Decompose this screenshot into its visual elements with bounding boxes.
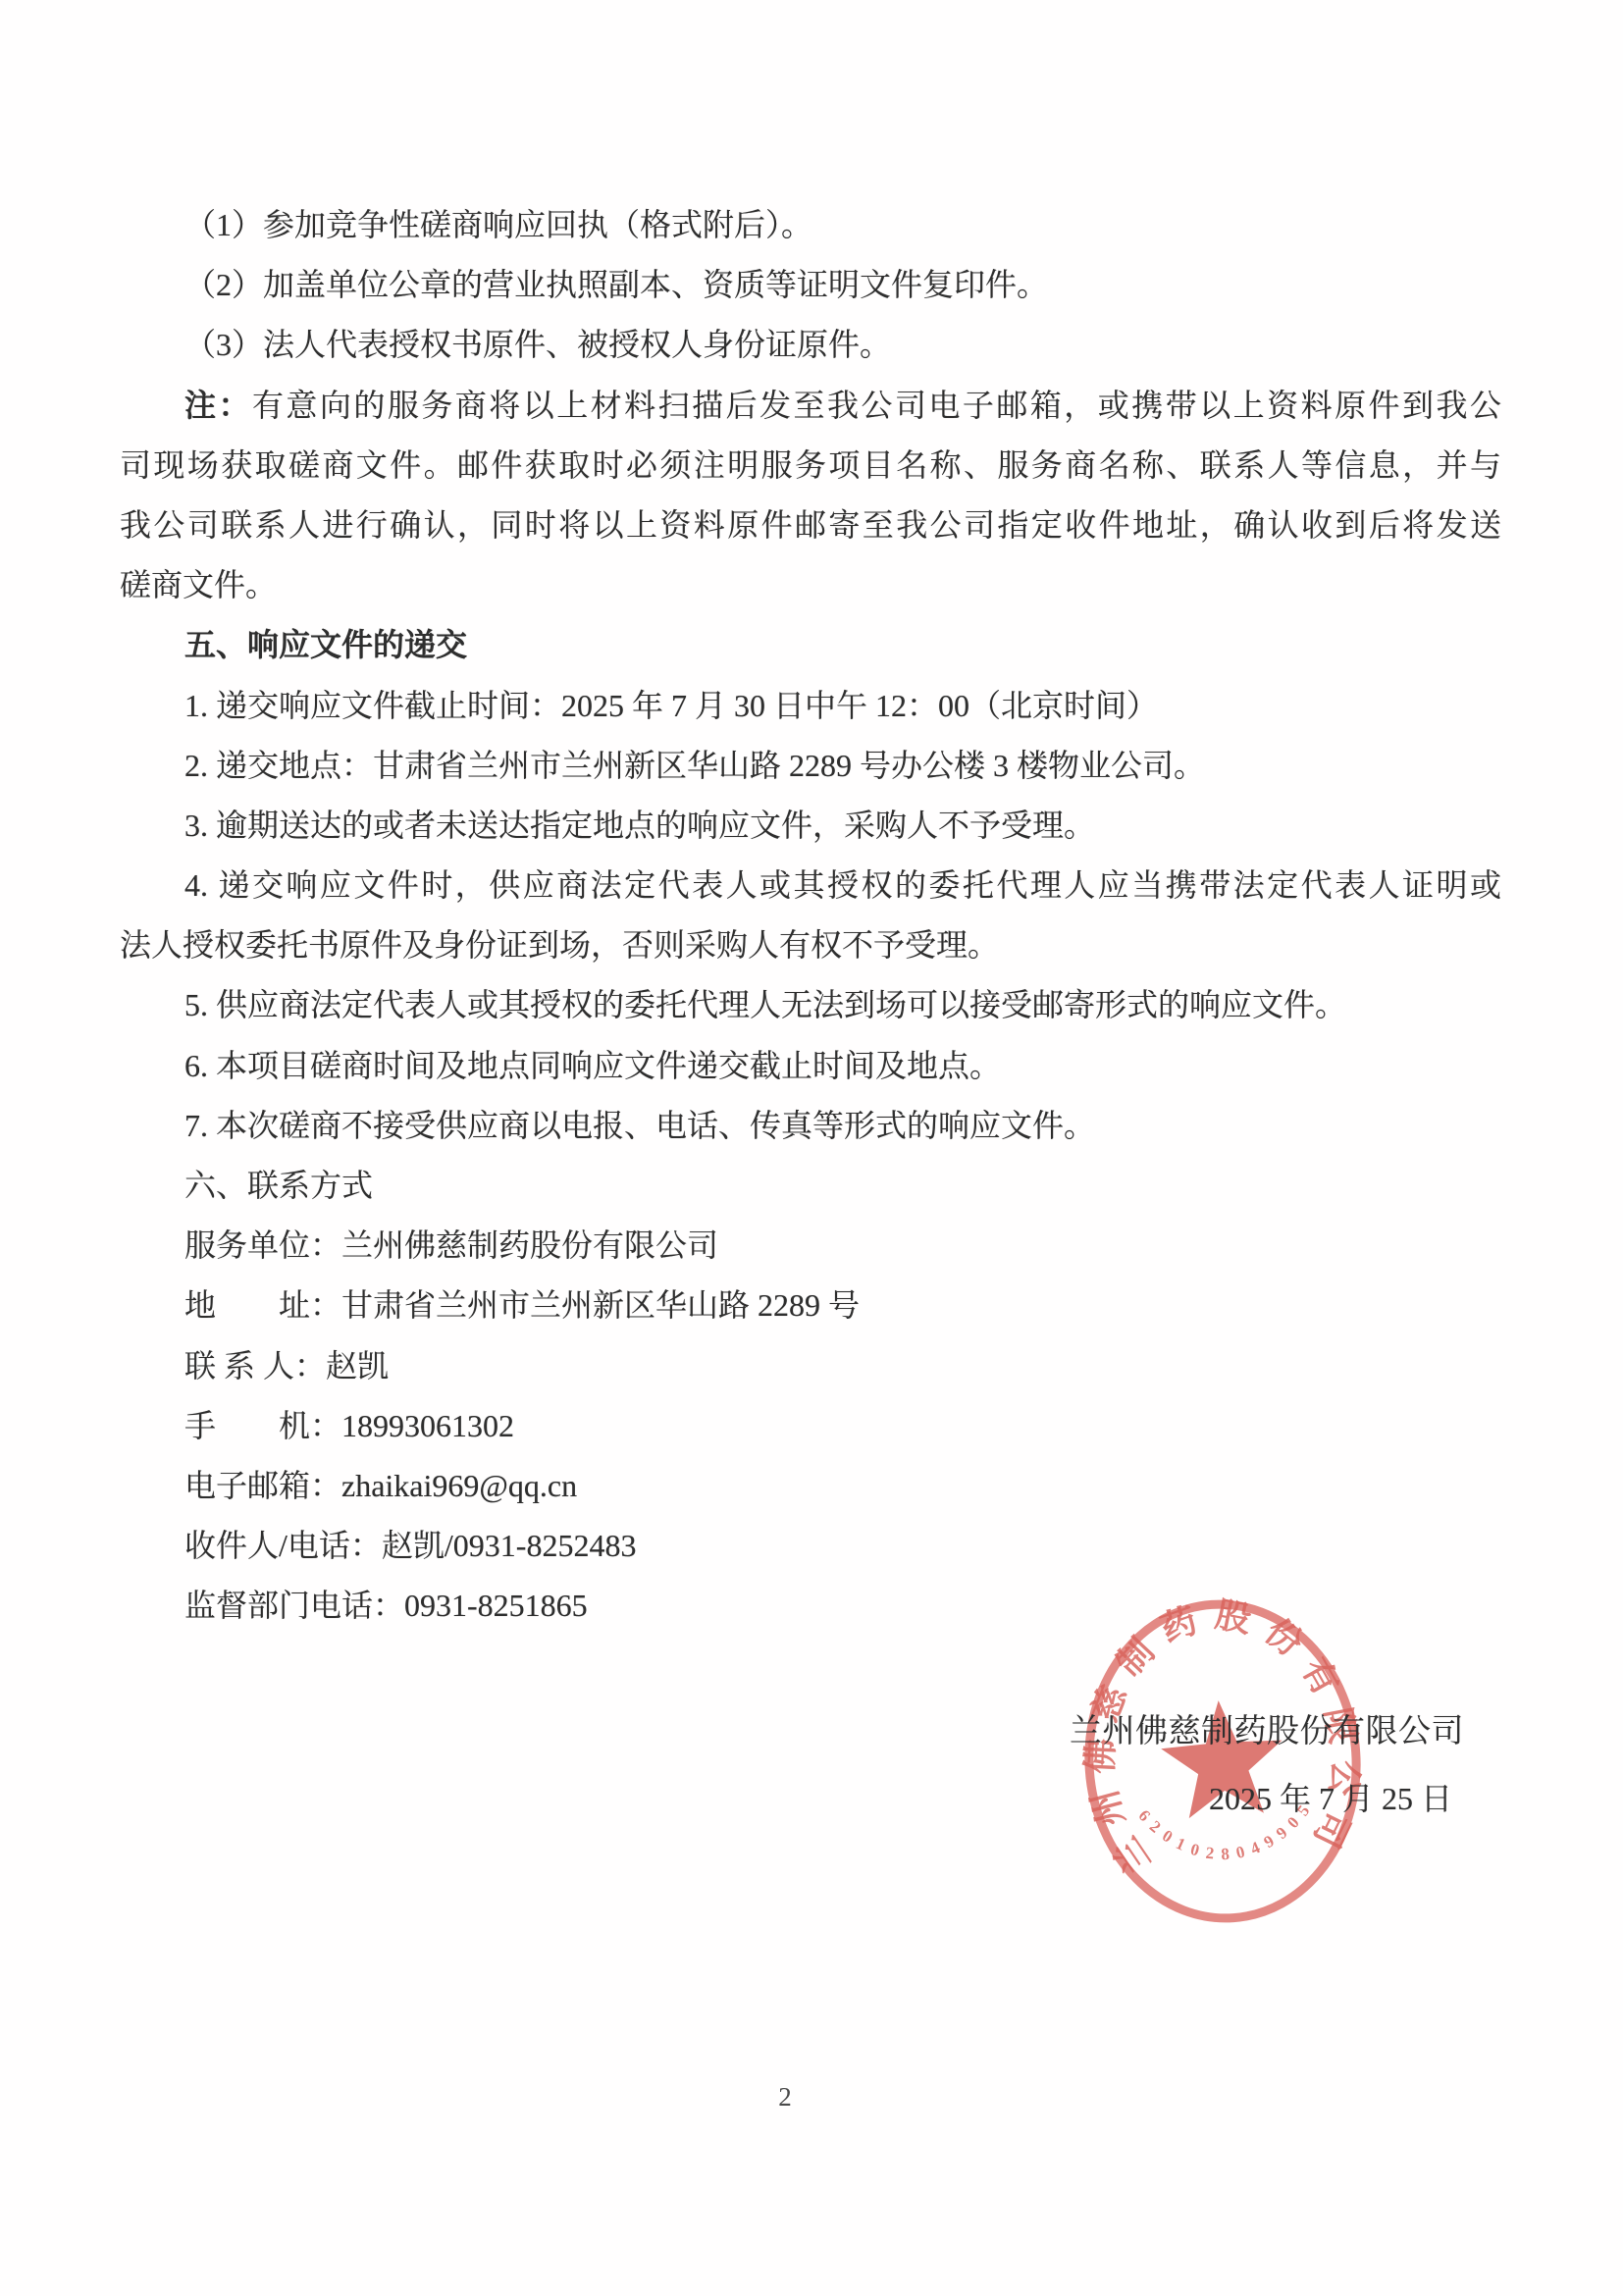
document-line: 7. 本次磋商不接受供应商以电报、电话、传真等形式的响应文件。 bbox=[120, 1096, 1501, 1156]
signature-date: 2025 年 7 月 25 日 bbox=[1209, 1774, 1452, 1819]
document-line: 我公司联系人进行确认，同时将以上资料原件邮寄至我公司指定收件地址，确认收到后将发… bbox=[120, 496, 1501, 555]
page-number: 2 bbox=[756, 2082, 814, 2113]
document-line: （2）加盖单位公章的营业执照副本、资质等证明文件复印件。 bbox=[120, 255, 1501, 315]
signature-company: 兰州佛慈制药股份有限公司 bbox=[1070, 1705, 1464, 1751]
document-line: 3. 逾期送达的或者未送达指定地点的响应文件，采购人不予受理。 bbox=[120, 796, 1501, 856]
document-page: （1）参加竞争性磋商响应回执（格式附后）。（2）加盖单位公章的营业执照副本、资质… bbox=[0, 0, 1623, 2296]
document-line: 注：有意向的服务商将以上材料扫描后发至我公司电子邮箱，或携带以上资料原件到我公 bbox=[120, 376, 1501, 436]
document-line: 地 址：甘肃省兰州市兰州新区华山路 2289 号 bbox=[120, 1276, 1501, 1335]
document-line: 收件人/电话：赵凯/0931-8252483 bbox=[120, 1516, 1501, 1576]
document-line: （3）法人代表授权书原件、被授权人身份证原件。 bbox=[120, 315, 1501, 375]
document-line: 磋商文件。 bbox=[120, 555, 1501, 615]
document-line: 服务单位：兰州佛慈制药股份有限公司 bbox=[120, 1216, 1501, 1276]
document-line: 司现场获取磋商文件。邮件获取时必须注明服务项目名称、服务商名称、联系人等信息，并… bbox=[120, 436, 1501, 496]
document-line: 2. 递交地点：甘肃省兰州市兰州新区华山路 2289 号办公楼 3 楼物业公司。 bbox=[120, 736, 1501, 796]
document-line: 手 机：18993061302 bbox=[120, 1396, 1501, 1456]
document-body: （1）参加竞争性磋商响应回执（格式附后）。（2）加盖单位公章的营业执照副本、资质… bbox=[120, 195, 1501, 1637]
document-line: 1. 递交响应文件截止时间：2025 年 7 月 30 日中午 12：00（北京… bbox=[120, 676, 1501, 736]
document-line: 5. 供应商法定代表人或其授权的委托代理人无法到场可以接受邮寄形式的响应文件。 bbox=[120, 975, 1501, 1035]
document-line: 电子邮箱：zhaikai969@qq.cn bbox=[120, 1456, 1501, 1516]
document-line: 4. 递交响应文件时，供应商法定代表人或其授权的委托代理人应当携带法定代表人证明… bbox=[120, 856, 1501, 915]
document-line: 五、响应文件的递交 bbox=[120, 615, 1501, 675]
document-line: 六、联系方式 bbox=[120, 1156, 1501, 1216]
document-line: 6. 本项目磋商时间及地点同响应文件递交截止时间及地点。 bbox=[120, 1036, 1501, 1096]
document-line: 法人授权委托书原件及身份证到场，否则采购人有权不予受理。 bbox=[120, 915, 1501, 975]
company-seal: 兰州佛慈制药股份有限公司 6201028049905 bbox=[1075, 1592, 1370, 1936]
document-line: 联 系 人：赵凯 bbox=[120, 1336, 1501, 1396]
document-line: （1）参加竞争性磋商响应回执（格式附后）。 bbox=[120, 195, 1501, 255]
